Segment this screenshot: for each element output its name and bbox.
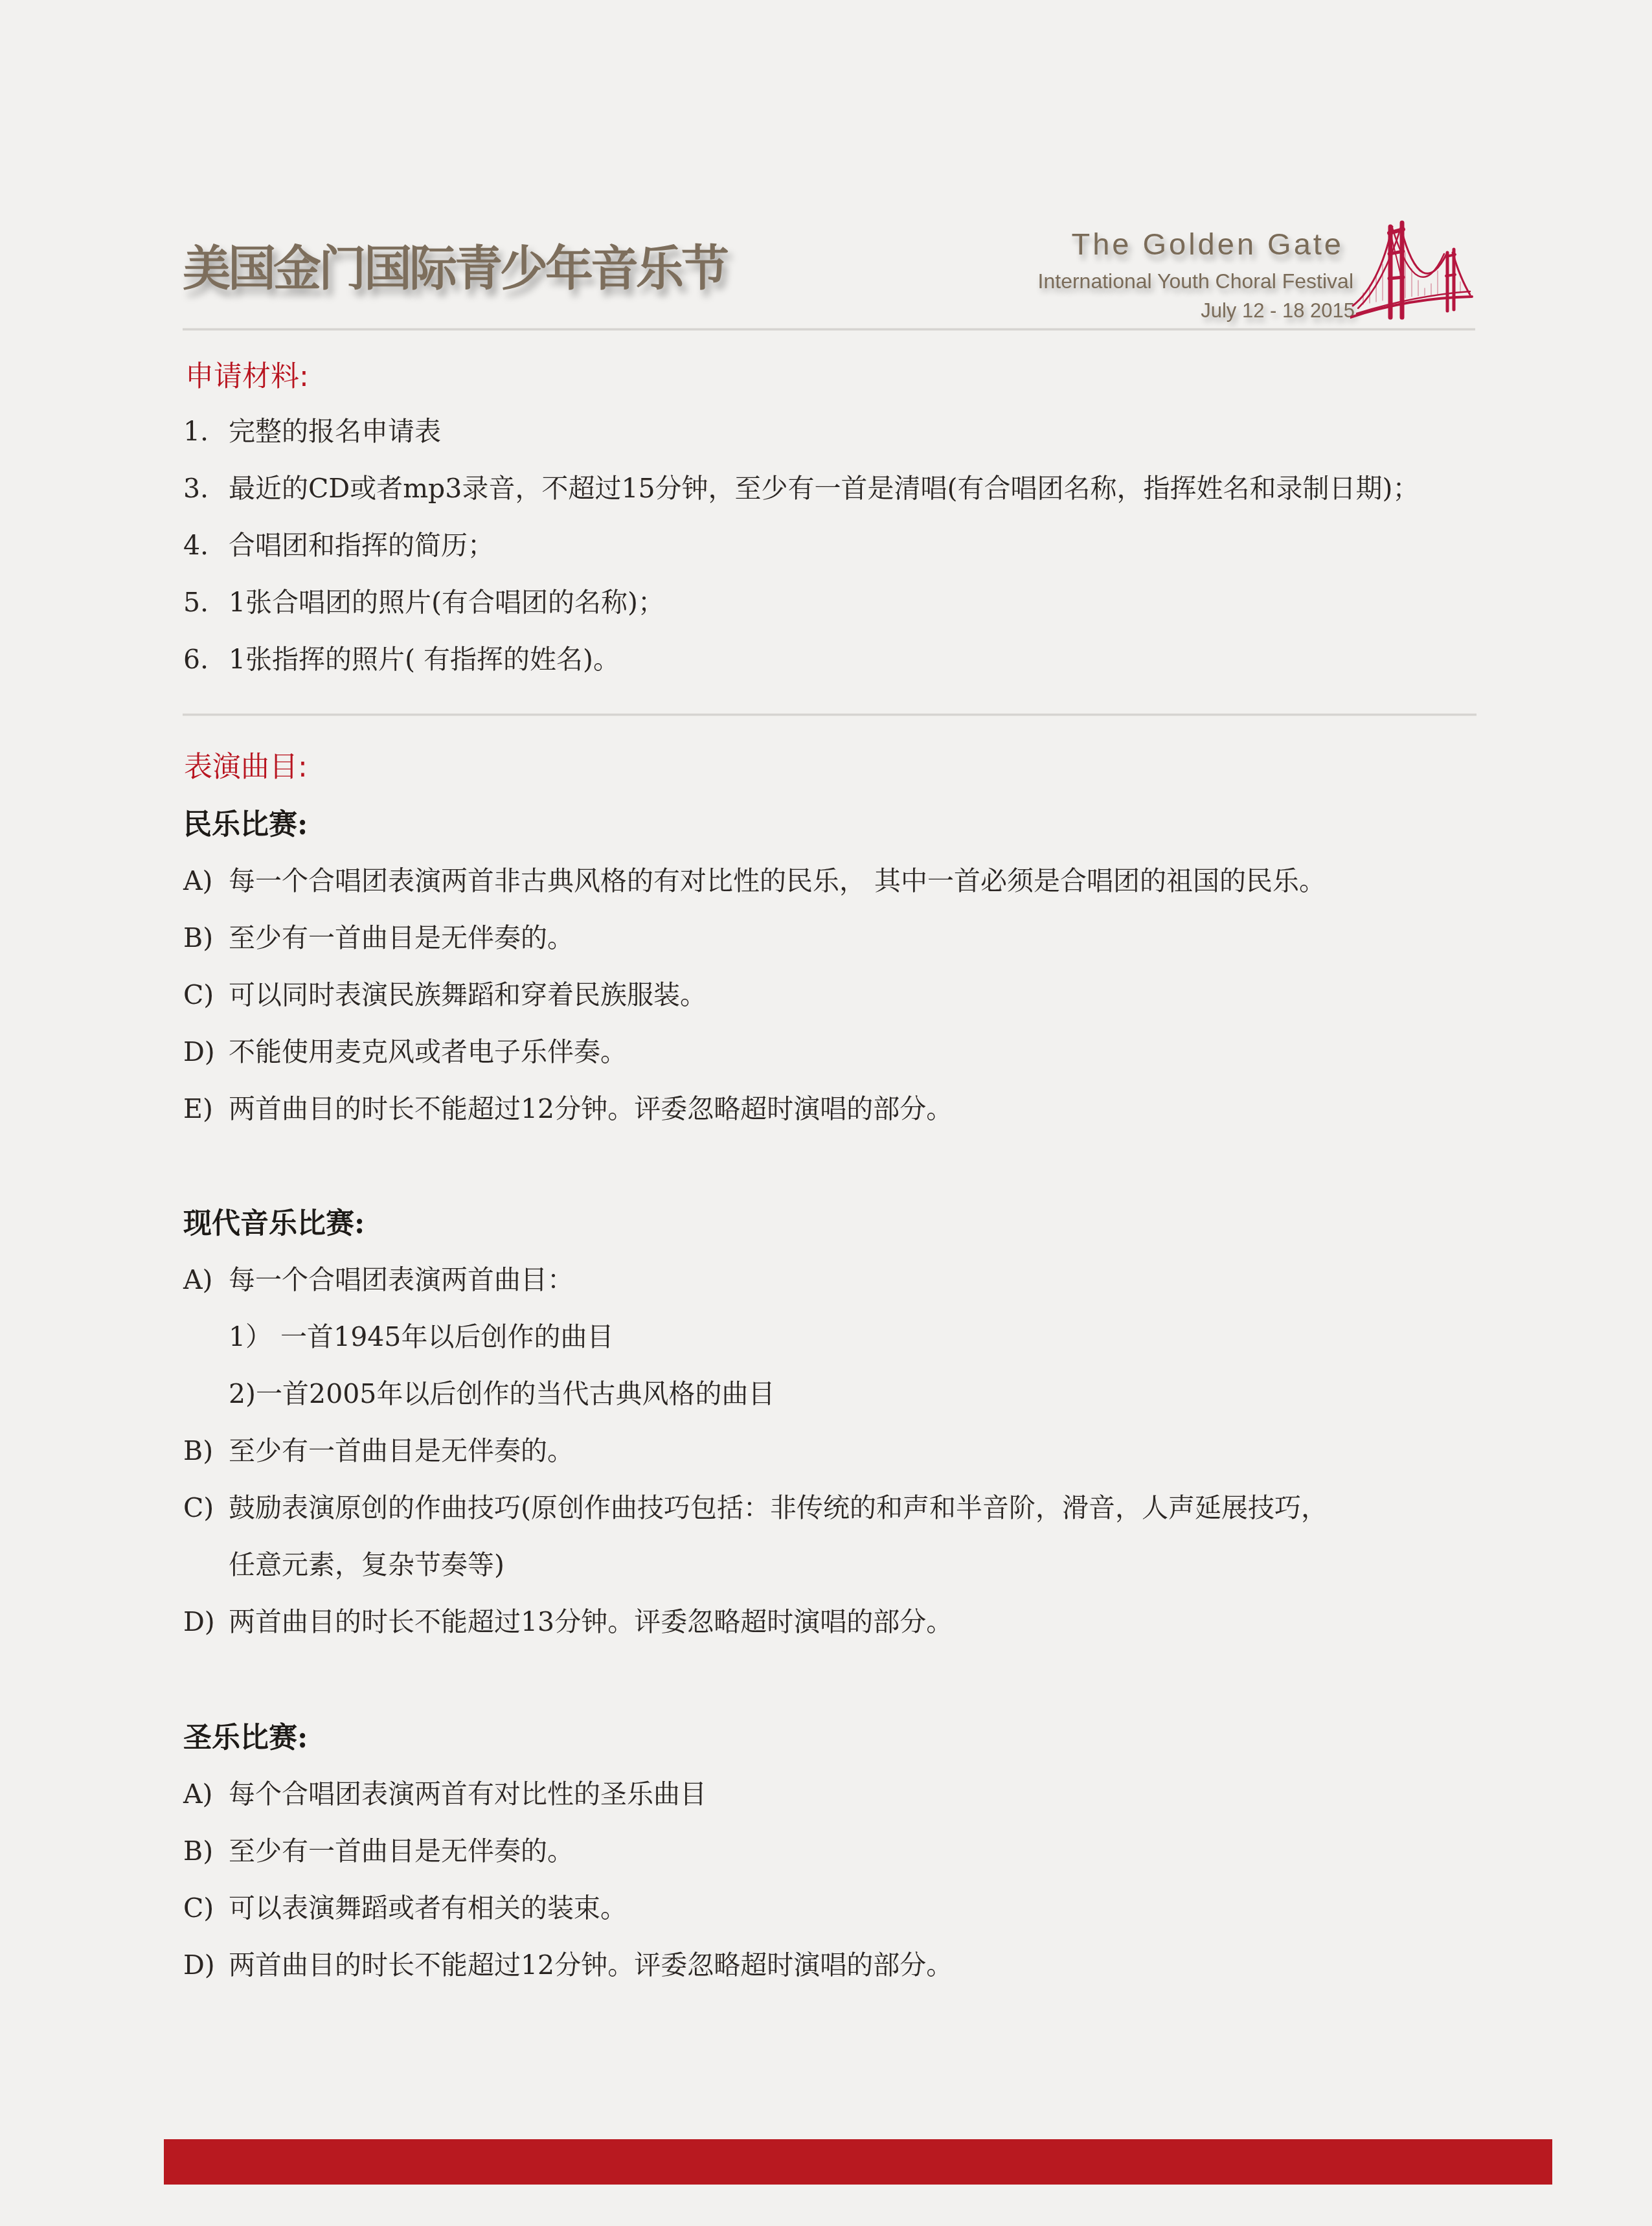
- item-marker: C): [183, 1495, 214, 1521]
- section-divider: [183, 713, 1477, 716]
- item-marker: A): [183, 1781, 213, 1808]
- header-divider: [183, 328, 1475, 331]
- item-marker: B): [183, 1838, 213, 1865]
- item-text: 两首曲目的时长不能超过12分钟。评委忽略超时演唱的部分。: [229, 1096, 953, 1122]
- sacred-competition-heading: 圣乐比赛:: [183, 1724, 308, 1753]
- item-text: 任意元素，复杂节奏等): [229, 1552, 504, 1578]
- item-text: 可以同时表演民族舞蹈和穿着民族服装。: [229, 982, 707, 1008]
- item-marker: B): [183, 925, 213, 951]
- item-text: 不能使用麦克风或者电子乐伴奏。: [229, 1039, 627, 1065]
- golden-gate-bridge-icon: [1350, 214, 1473, 321]
- item-text: 两首曲目的时长不能超过12分钟。评委忽略超时演唱的部分。: [229, 1952, 953, 1979]
- item-marker: 1.: [183, 418, 209, 445]
- item-text: 合唱团和指挥的简历；: [229, 532, 494, 559]
- footer-bar: [164, 2139, 1552, 2185]
- item-text: 完整的报名申请表: [229, 418, 441, 445]
- item-marker: 3.: [183, 475, 209, 502]
- item-marker: D): [183, 1609, 215, 1635]
- item-marker: C): [183, 1895, 214, 1922]
- item-text: 2)一首2005年以后创作的当代古典风格的曲目: [229, 1381, 775, 1407]
- item-text: 1张指挥的照片( 有指挥的姓名)。: [229, 646, 620, 673]
- repertoire-heading: 表演曲目:: [184, 753, 308, 782]
- item-text: 至少有一首曲目是无伴奏的。: [229, 1438, 574, 1464]
- item-text: 至少有一首曲目是无伴奏的。: [229, 1838, 574, 1865]
- item-marker: 4.: [183, 532, 209, 559]
- item-marker: E): [183, 1096, 213, 1122]
- modern-competition-heading: 现代音乐比赛:: [183, 1210, 365, 1238]
- item-marker: D): [183, 1952, 215, 1979]
- logo-subtitle: International Youth Choral Festival: [1038, 271, 1353, 291]
- item-text: 每一个合唱团表演两首非古典风格的有对比性的民乐， 其中一首必须是合唱团的祖国的民…: [229, 868, 1326, 894]
- item-text: 1张合唱团的照片(有合唱团的名称)；: [229, 589, 664, 616]
- item-text: 可以表演舞蹈或者有相关的装束。: [229, 1895, 627, 1922]
- item-marker: A): [183, 868, 213, 894]
- item-text: 每一个合唱团表演两首曲目：: [229, 1267, 574, 1293]
- item-marker: 6.: [183, 646, 209, 673]
- item-text: 至少有一首曲目是无伴奏的。: [229, 925, 574, 951]
- application-heading: 申请材料:: [185, 363, 309, 391]
- item-text: 鼓励表演原创的作曲技巧(原创作曲技巧包括：非传统的和声和半音阶，滑音，人声延展技…: [229, 1495, 1328, 1521]
- logo-title: The Golden Gate: [1071, 229, 1344, 259]
- item-text: 1） 一首1945年以后创作的曲目: [229, 1324, 613, 1350]
- item-marker: B): [183, 1438, 213, 1464]
- page-title: 美国金门国际青少年音乐节: [183, 245, 727, 293]
- folk-competition-heading: 民乐比赛:: [183, 811, 308, 839]
- item-marker: A): [183, 1267, 213, 1293]
- item-marker: C): [183, 982, 214, 1008]
- item-text: 每个合唱团表演两首有对比性的圣乐曲目: [229, 1781, 707, 1808]
- logo-dates: July 12 - 18 2015: [1201, 301, 1355, 321]
- item-text: 两首曲目的时长不能超过13分钟。评委忽略超时演唱的部分。: [229, 1609, 953, 1635]
- item-marker: 5.: [183, 589, 209, 616]
- item-marker: D): [183, 1039, 215, 1065]
- item-text: 最近的CD或者mp3录音，不超过15分钟，至少有一首是清唱(有合唱团名称，指挥姓…: [229, 475, 1420, 502]
